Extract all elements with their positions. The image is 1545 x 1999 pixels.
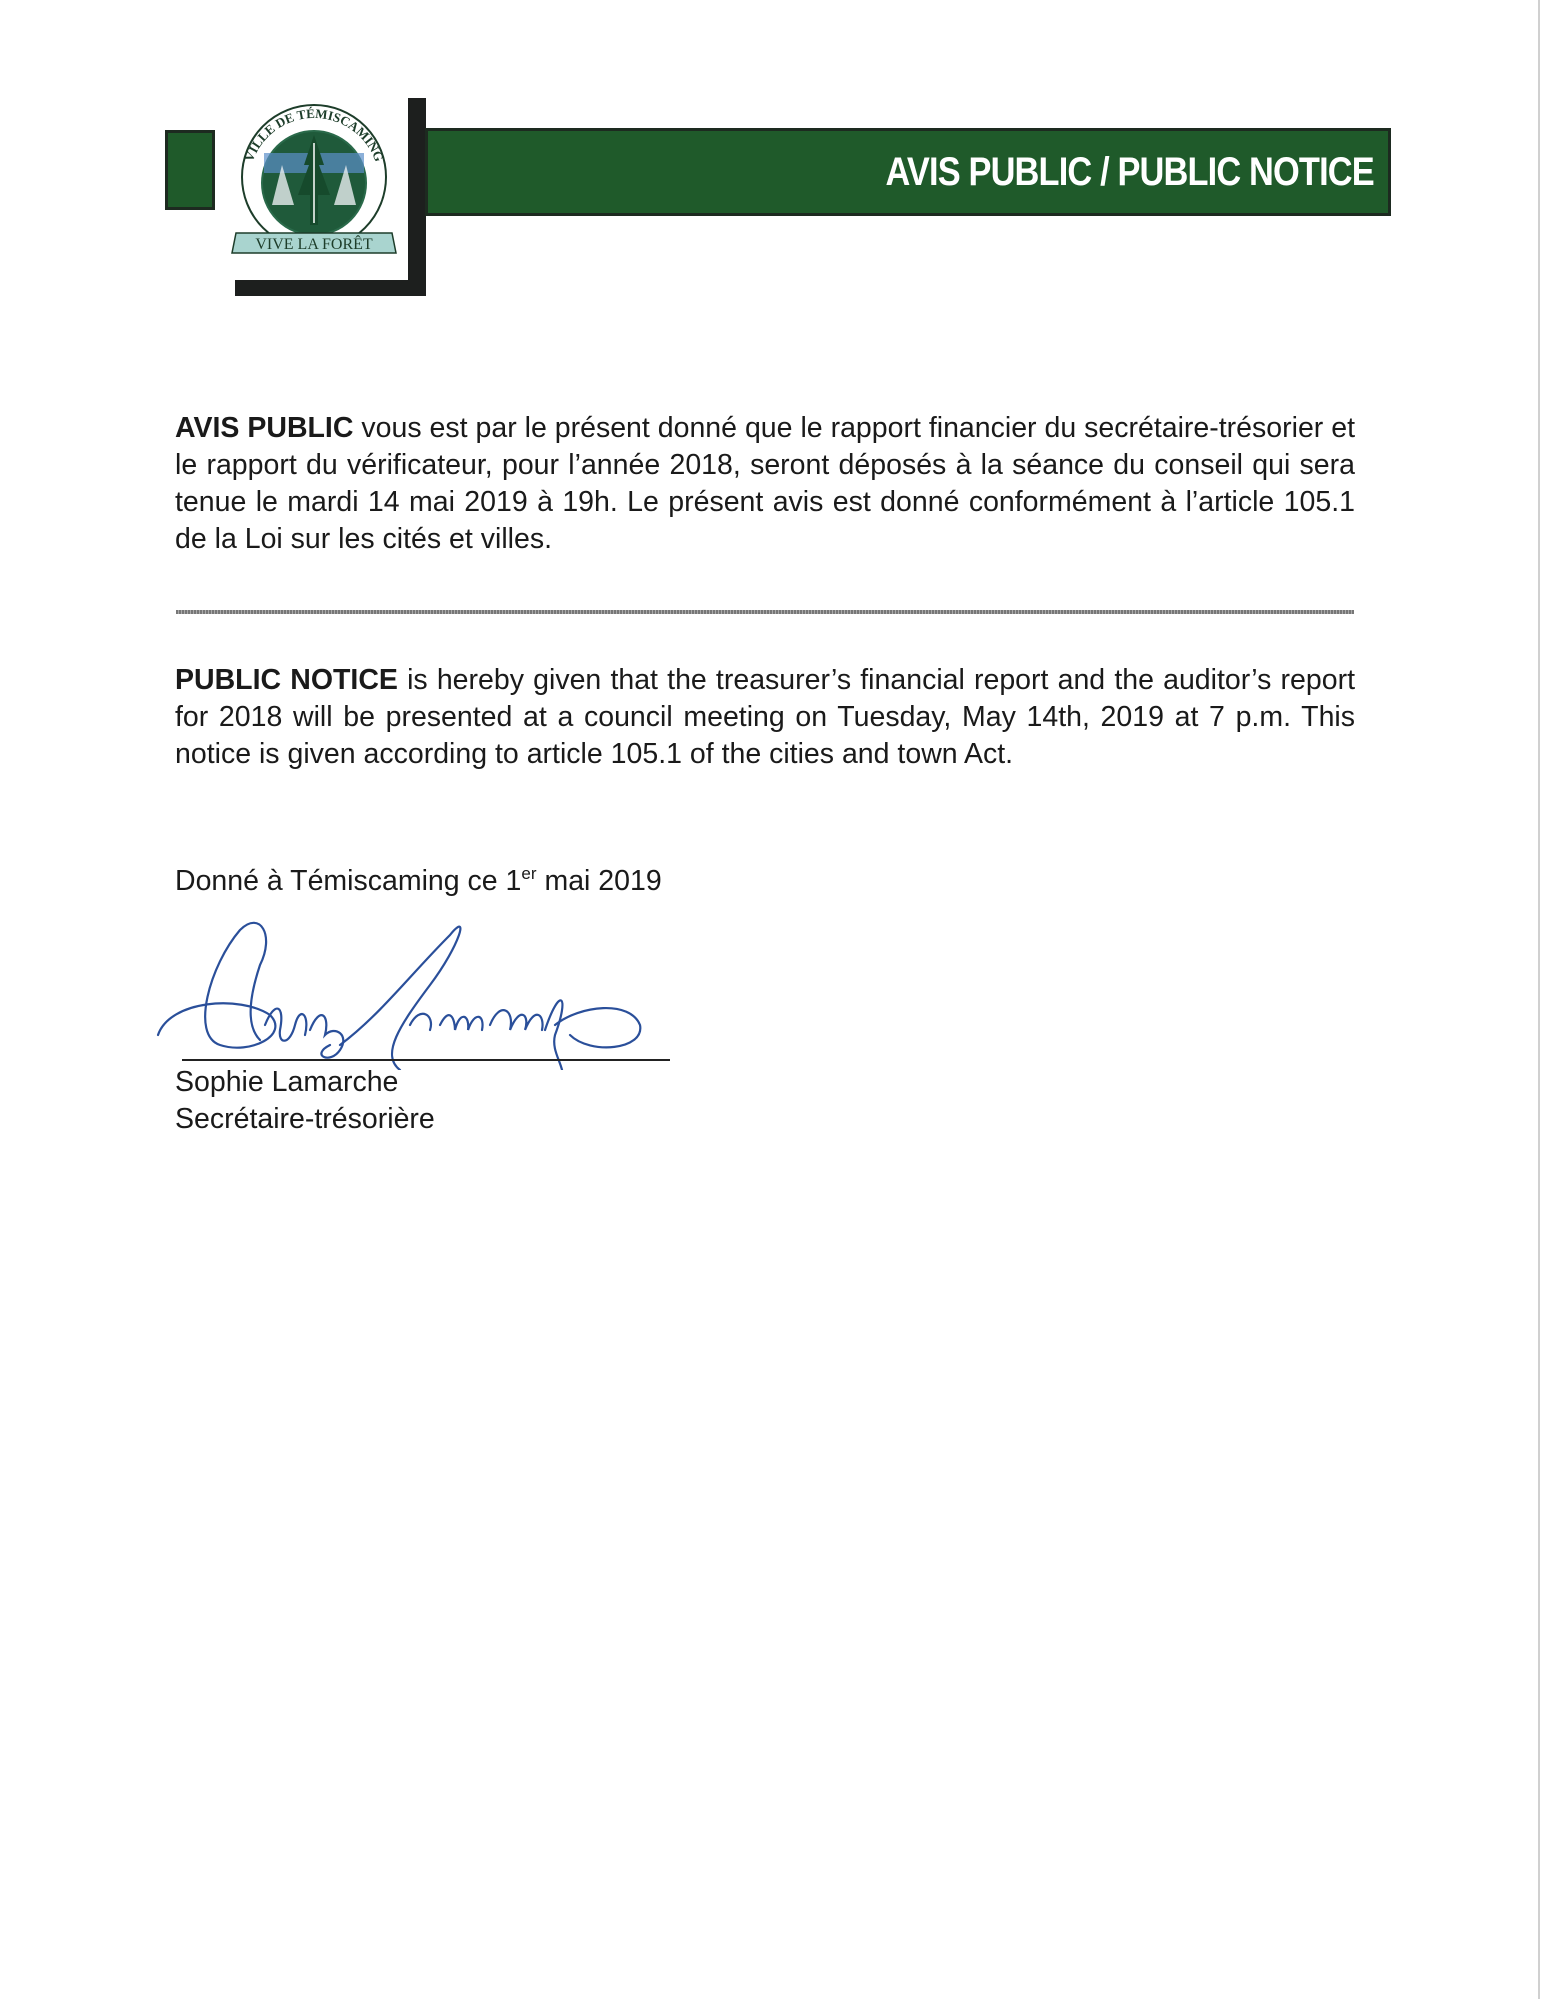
page-edge <box>1538 0 1540 1999</box>
signature-line <box>182 1059 670 1061</box>
french-notice: AVIS PUBLIC vous est par le présent donn… <box>175 410 1355 558</box>
signature-icon <box>150 905 650 1070</box>
header-bracket-base <box>235 280 426 296</box>
section-divider <box>176 610 1354 614</box>
header-banner: AVIS PUBLIC / PUBLIC NOTICE <box>425 128 1391 216</box>
given-prefix: Donné à Témiscaming ce 1 <box>175 865 521 897</box>
header-green-block <box>165 130 215 210</box>
given-date-line: Donné à Témiscaming ce 1er mai 2019 <box>175 864 662 898</box>
signer-title: Secrétaire-trésorière <box>175 1101 435 1138</box>
given-suffix: mai 2019 <box>537 865 662 897</box>
given-sup: er <box>521 864 536 883</box>
municipal-seal-icon: VILLE DE TÉMISCAMING VIVE LA FORÊT <box>224 95 404 267</box>
header-bracket <box>408 98 426 296</box>
french-notice-lead: AVIS PUBLIC <box>175 412 353 444</box>
english-notice-lead: PUBLIC NOTICE <box>175 664 398 696</box>
signer-name: Sophie Lamarche <box>175 1064 435 1101</box>
svg-text:VIVE LA FORÊT: VIVE LA FORÊT <box>255 234 373 253</box>
banner-title: AVIS PUBLIC / PUBLIC NOTICE <box>886 150 1374 195</box>
english-notice: PUBLIC NOTICE is hereby given that the t… <box>175 662 1355 773</box>
signer-block: Sophie Lamarche Secrétaire-trésorière <box>175 1064 435 1138</box>
